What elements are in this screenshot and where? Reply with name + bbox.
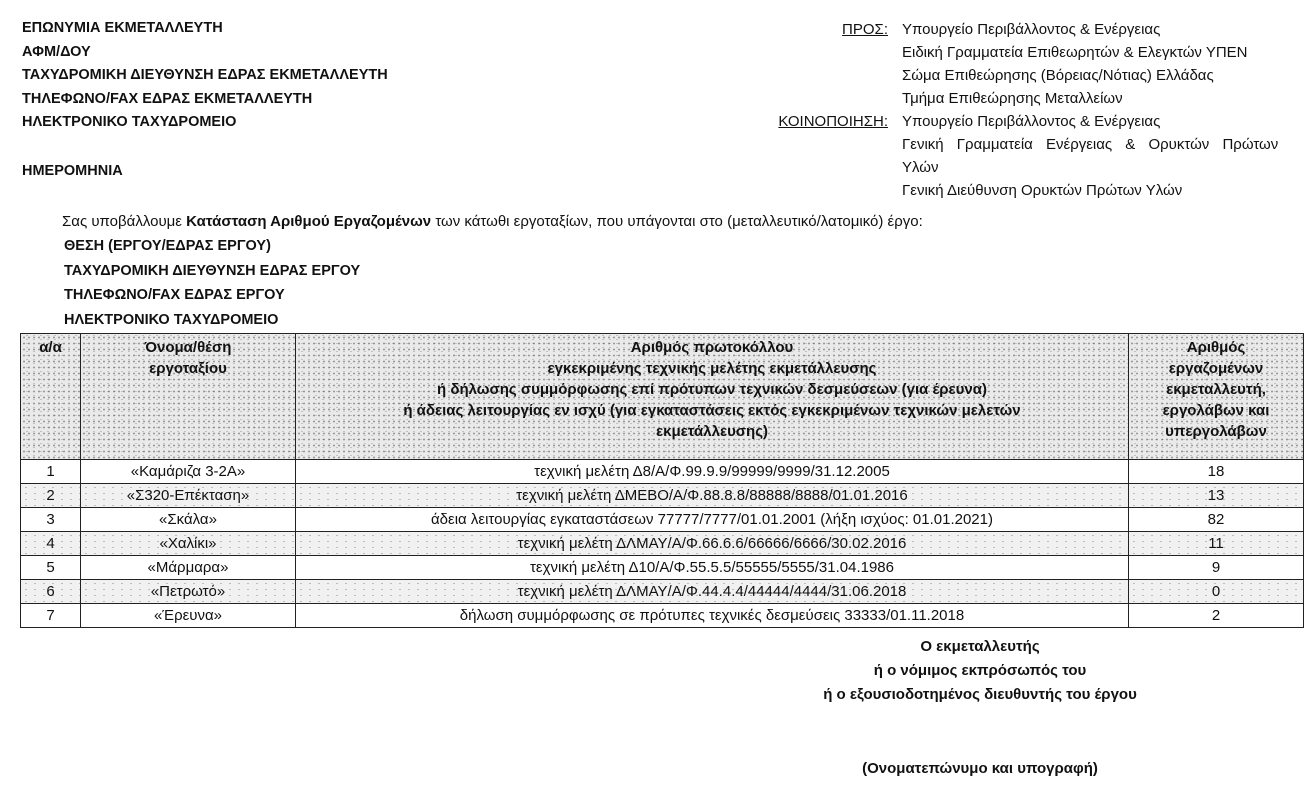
cell-index: 5 xyxy=(21,556,81,580)
cell-workers: 9 xyxy=(1129,556,1304,580)
table-row: 1 «Καμάριζα 3-2Α» τεχνική μελέτη Δ8/Α/Φ.… xyxy=(21,460,1304,484)
to-line: Υπουργείο Περιβάλλοντος & Ενέργειας xyxy=(902,18,1290,41)
signature-name-label: (Ονοματεπώνυμο και υπογραφή) xyxy=(780,760,1180,777)
cc-label: ΚΟΙΝΟΠΟΙΗΣΗ: xyxy=(760,110,902,133)
cell-protocol: τεχνική μελέτη ΔΛΜΑΥ/Α/Φ.66.6.6/66666/66… xyxy=(296,532,1129,556)
to-label: ΠΡΟΣ: xyxy=(760,18,902,41)
table-row: 2 «Σ320-Επέκταση» τεχνική μελέτη ΔΜΕΒΟ/Α… xyxy=(21,484,1304,508)
cell-index: 1 xyxy=(21,460,81,484)
cell-workers: 0 xyxy=(1129,580,1304,604)
header-site: Όνομα/θέσηεργοταξίου xyxy=(81,334,296,460)
recipients-block: ΠΡΟΣ:Υπουργείο Περιβάλλοντος & Ενέργειας… xyxy=(760,18,1290,202)
cell-site: «Σ320-Επέκταση» xyxy=(81,484,296,508)
cell-workers: 11 xyxy=(1129,532,1304,556)
cell-protocol: τεχνική μελέτη ΔΛΜΑΥ/Α/Φ.44.4.4/44444/44… xyxy=(296,580,1129,604)
cell-site: «Χαλίκι» xyxy=(81,532,296,556)
cc-line: Γενική Γραμματεία Ενέργειας & Ορυκτών Πρ… xyxy=(902,133,1290,156)
cell-protocol: άδεια λειτουργίας εγκαταστάσεων 77777/77… xyxy=(296,508,1129,532)
table-header-row: α/α Όνομα/θέσηεργοταξίου Αριθμός πρωτοκό… xyxy=(21,334,1304,460)
cell-index: 7 xyxy=(21,604,81,628)
cc-line: Υλών xyxy=(902,156,1290,179)
sender-block: ΕΠΩΝΥΜΙΑ ΕΚΜΕΤΑΛΛΕΥΤΗ ΑΦΜ/ΔΟΥ ΤΑΧΥΔΡΟΜΙΚ… xyxy=(22,17,388,135)
cc-line: Γενική Διεύθυνση Ορυκτών Πρώτων Υλών xyxy=(902,179,1290,202)
signature-line: ή ο εξουσιοδοτημένος διευθυντής του έργο… xyxy=(780,683,1180,707)
header-protocol: Αριθμός πρωτοκόλλου εγκεκριμένης τεχνική… xyxy=(296,334,1129,460)
cell-site: «Σκάλα» xyxy=(81,508,296,532)
sender-email: ΗΛΕΚΤΡΟΝΙΚΟ ΤΑΧΥΔΡΟΜΕΙΟ xyxy=(22,111,388,135)
cell-index: 2 xyxy=(21,484,81,508)
cell-index: 3 xyxy=(21,508,81,532)
site-location: ΘΕΣΗ (ΕΡΓΟΥ/ΕΔΡΑΣ ΕΡΓΟΥ) xyxy=(64,234,360,259)
sender-address: ΤΑΧΥΔΡΟΜΙΚΗ ΔΙΕΥΘΥΝΣΗ ΕΔΡΑΣ ΕΚΜΕΤΑΛΛΕΥΤΗ xyxy=(22,64,388,88)
cell-workers: 13 xyxy=(1129,484,1304,508)
cell-site: «Μάρμαρα» xyxy=(81,556,296,580)
cell-protocol: τεχνική μελέτη ΔΜΕΒΟ/Α/Φ.88.8.8/88888/88… xyxy=(296,484,1129,508)
table-row: 6 «Πετρωτό» τεχνική μελέτη ΔΛΜΑΥ/Α/Φ.44.… xyxy=(21,580,1304,604)
cell-protocol: τεχνική μελέτη Δ8/Α/Φ.99.9.9/99999/9999/… xyxy=(296,460,1129,484)
sender-name: ΕΠΩΝΥΜΙΑ ΕΚΜΕΤΑΛΛΕΥΤΗ xyxy=(22,17,388,41)
cell-site: «Καμάριζα 3-2Α» xyxy=(81,460,296,484)
cell-workers: 18 xyxy=(1129,460,1304,484)
site-block: ΘΕΣΗ (ΕΡΓΟΥ/ΕΔΡΑΣ ΕΡΓΟΥ) ΤΑΧΥΔΡΟΜΙΚΗ ΔΙΕ… xyxy=(64,234,360,332)
to-line: Σώμα Επιθεώρησης (Βόρειας/Νότιας) Ελλάδα… xyxy=(902,64,1290,87)
table-row: 5 «Μάρμαρα» τεχνική μελέτη Δ10/Α/Φ.55.5.… xyxy=(21,556,1304,580)
to-line: Τμήμα Επιθεώρησης Μεταλλείων xyxy=(902,87,1290,110)
intro-paragraph: Σας υποβάλλουμε Κατάσταση Αριθμού Εργαζο… xyxy=(62,210,923,234)
workers-table: α/α Όνομα/θέσηεργοταξίου Αριθμός πρωτοκό… xyxy=(20,333,1304,628)
cell-workers: 2 xyxy=(1129,604,1304,628)
sender-tax-id: ΑΦΜ/ΔΟΥ xyxy=(22,41,388,65)
signature-line: Ο εκμεταλλευτής xyxy=(780,635,1180,659)
site-phone: ΤΗΛΕΦΩΝΟ/FAX ΕΔΡΑΣ ΕΡΓΟΥ xyxy=(64,283,360,308)
signature-block: Ο εκμεταλλευτής ή ο νόμιμος εκπρόσωπός τ… xyxy=(780,635,1180,707)
signature-line: ή ο νόμιμος εκπρόσωπός του xyxy=(780,659,1180,683)
cell-site: «Πετρωτό» xyxy=(81,580,296,604)
cell-protocol: δήλωση συμμόρφωσης σε πρότυπες τεχνικές … xyxy=(296,604,1129,628)
cell-site: «Έρευνα» xyxy=(81,604,296,628)
cell-index: 6 xyxy=(21,580,81,604)
sender-phone: ΤΗΛΕΦΩΝΟ/FAX ΕΔΡΑΣ ΕΚΜΕΤΑΛΛΕΥΤΗ xyxy=(22,88,388,112)
to-line: Ειδική Γραμματεία Επιθεωρητών & Ελεγκτών… xyxy=(902,41,1290,64)
cc-line: Υπουργείο Περιβάλλοντος & Ενέργειας xyxy=(902,110,1290,133)
cell-index: 4 xyxy=(21,532,81,556)
table-row: 3 «Σκάλα» άδεια λειτουργίας εγκαταστάσεω… xyxy=(21,508,1304,532)
date-label: ΗΜΕΡΟΜΗΝΙΑ xyxy=(22,163,123,179)
cell-workers: 82 xyxy=(1129,508,1304,532)
site-email: ΗΛΕΚΤΡΟΝΙΚΟ ΤΑΧΥΔΡΟΜΕΙΟ xyxy=(64,308,360,333)
cell-protocol: τεχνική μελέτη Δ10/Α/Φ.55.5.5/55555/5555… xyxy=(296,556,1129,580)
table-row: 7 «Έρευνα» δήλωση συμμόρφωσης σε πρότυπε… xyxy=(21,604,1304,628)
header-workers: Αριθμός εργαζομένων εκμεταλλευτή, εργολά… xyxy=(1129,334,1304,460)
site-address: ΤΑΧΥΔΡΟΜΙΚΗ ΔΙΕΥΘΥΝΣΗ ΕΔΡΑΣ ΕΡΓΟΥ xyxy=(64,259,360,284)
table-row: 4 «Χαλίκι» τεχνική μελέτη ΔΛΜΑΥ/Α/Φ.66.6… xyxy=(21,532,1304,556)
header-index: α/α xyxy=(21,334,81,460)
intro-bold-title: Κατάσταση Αριθμού Εργαζομένων xyxy=(186,213,431,230)
